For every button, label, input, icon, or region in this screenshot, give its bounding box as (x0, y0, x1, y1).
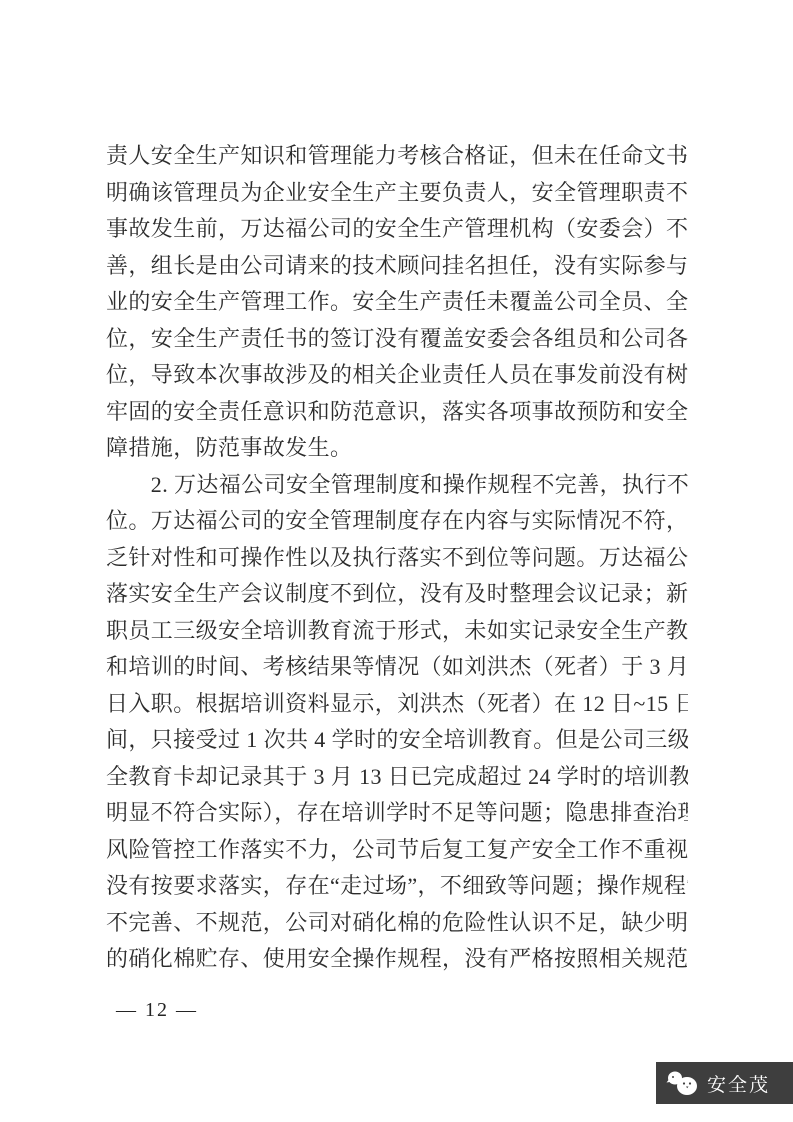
text-line: 乏针对性和可操作性以及执行落实不到位等问题。万达福公司 (106, 540, 688, 577)
text-line: 位。万达福公司的安全管理制度存在内容与实际情况不符，缺 (106, 503, 688, 540)
text-line: 和培训的时间、考核结果等情况（如刘洪杰（死者）于 3 月 12 (106, 649, 688, 686)
text-line: 牢固的安全责任意识和防范意识，落实各项事故预防和安全保 (106, 394, 688, 431)
text-line: 职员工三级安全培训教育流于形式，未如实记录安全生产教育 (106, 613, 688, 650)
text-line: 风险管控工作落实不力，公司节后复工复产安全工作不重视， (106, 832, 688, 869)
page-number: — 12 — (116, 999, 198, 1022)
text-line: 的硝化棉贮存、使用安全操作规程，没有严格按照相关规范要 (106, 941, 688, 978)
text-line: 责人安全生产知识和管理能力考核合格证，但未在任命文书上 (106, 138, 688, 175)
text-line: 障措施，防范事故发生。 (106, 430, 688, 467)
text-line: 事故发生前，万达福公司的安全生产管理机构（安委会）不完 (106, 211, 688, 248)
text-line: 日入职。根据培训资料显示，刘洪杰（死者）在 12 日~15 日期 (106, 686, 688, 723)
text-line: 没有按要求落实，存在“走过场”，不细致等问题；操作规程制订 (106, 868, 688, 905)
text-line: 不完善、不规范，公司对硝化棉的危险性认识不足，缺少明确 (106, 905, 688, 942)
text-line: 业的安全生产管理工作。安全生产责任未覆盖公司全员、全岗 (106, 284, 688, 321)
text-line: 位，导致本次事故涉及的相关企业责任人员在事发前没有树立 (106, 357, 688, 394)
body-text: 责人安全生产知识和管理能力考核合格证，但未在任命文书上 明确该管理员为企业安全生… (106, 138, 688, 978)
text-line: 全教育卡却记录其于 3 月 13 日已完成超过 24 学时的培训教育， (106, 759, 688, 796)
document-page: 责人安全生产知识和管理能力考核合格证，但未在任命文书上 明确该管理员为企业安全生… (0, 0, 793, 1122)
text-line: 间，只接受过 1 次共 4 学时的安全培训教育。但是公司三级安 (106, 722, 688, 759)
brand-name: 安全茂 (707, 1070, 770, 1097)
text-line: 位，安全生产责任书的签订没有覆盖安委会各组员和公司各岗 (106, 321, 688, 358)
text-line: 明显不符合实际），存在培训学时不足等问题；隐患排查治理和 (106, 795, 688, 832)
text-line: 明确该管理员为企业安全生产主要负责人，安全管理职责不清。 (106, 175, 688, 212)
text-line-paragraph-start: 2. 万达福公司安全管理制度和操作规程不完善，执行不到 (106, 467, 688, 504)
text-line: 落实安全生产会议制度不到位，没有及时整理会议记录；新入 (106, 576, 688, 613)
text-line: 善，组长是由公司请来的技术顾问挂名担任，没有实际参与企 (106, 248, 688, 285)
brand-watermark-badge: 安全茂 (656, 1062, 793, 1104)
chick-logo-icon (665, 1068, 701, 1098)
